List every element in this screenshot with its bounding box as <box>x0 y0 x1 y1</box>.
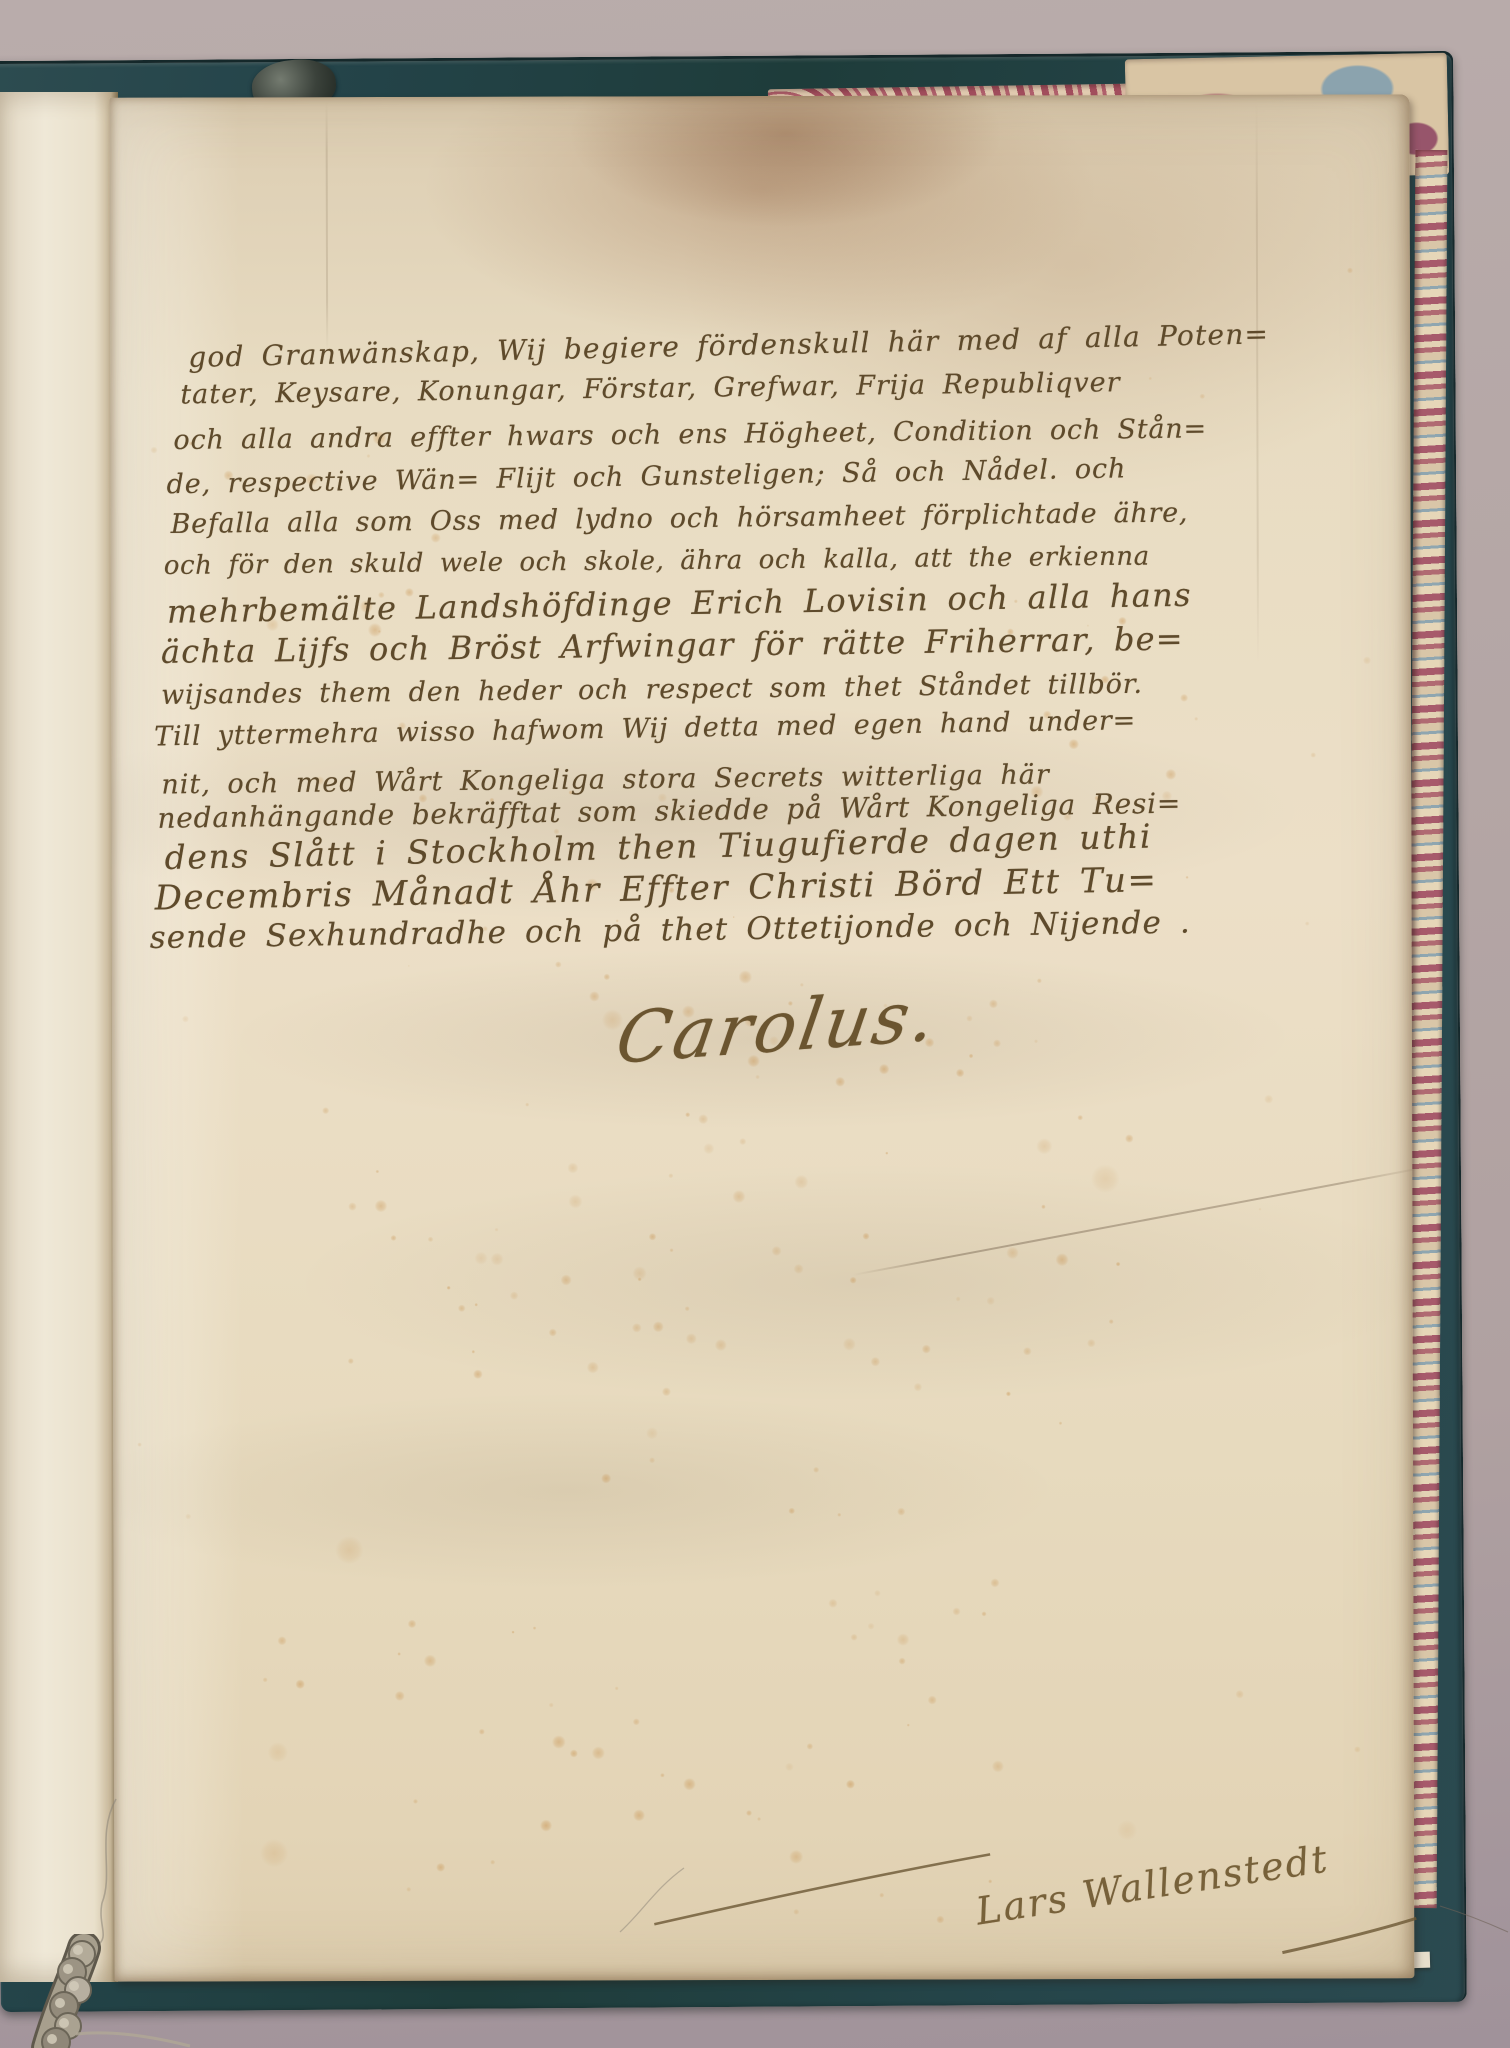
manuscript-line: och alla andra effter hwars och ens Högh… <box>173 413 1207 456</box>
manuscript-line: god Granwänskap, Wij begiere fördenskull… <box>188 317 1270 374</box>
scanned-book-photo: { "scan": { "background_color": "#b2a4a4… <box>0 0 1510 2048</box>
manuscript-line: Befalla alla som Oss med lydno och hörsa… <box>170 497 1188 540</box>
pencil-mark <box>612 1860 692 1940</box>
manuscript-line: wijsandes them den heder och respect som… <box>161 669 1143 711</box>
manuscript-line: och för den skuld wele och skole, ähra o… <box>164 542 1150 581</box>
manuscript-line: tater, Keysare, Konungar, Förstar, Grefw… <box>180 367 1121 410</box>
parchment-page: god Granwänskap, Wij begiere fördenskull… <box>110 94 1415 1981</box>
stray-hair <box>1438 1898 1510 1938</box>
pencil-mark <box>84 1795 144 1945</box>
manuscript-line: de, respective Wän= Flijt och Gunstelige… <box>166 453 1126 500</box>
binding-cord-tassel <box>14 1934 194 2048</box>
manuscript-line: Till yttermehra wisso hafwom Wij detta m… <box>154 705 1136 752</box>
facing-page-gutter <box>0 92 118 1982</box>
